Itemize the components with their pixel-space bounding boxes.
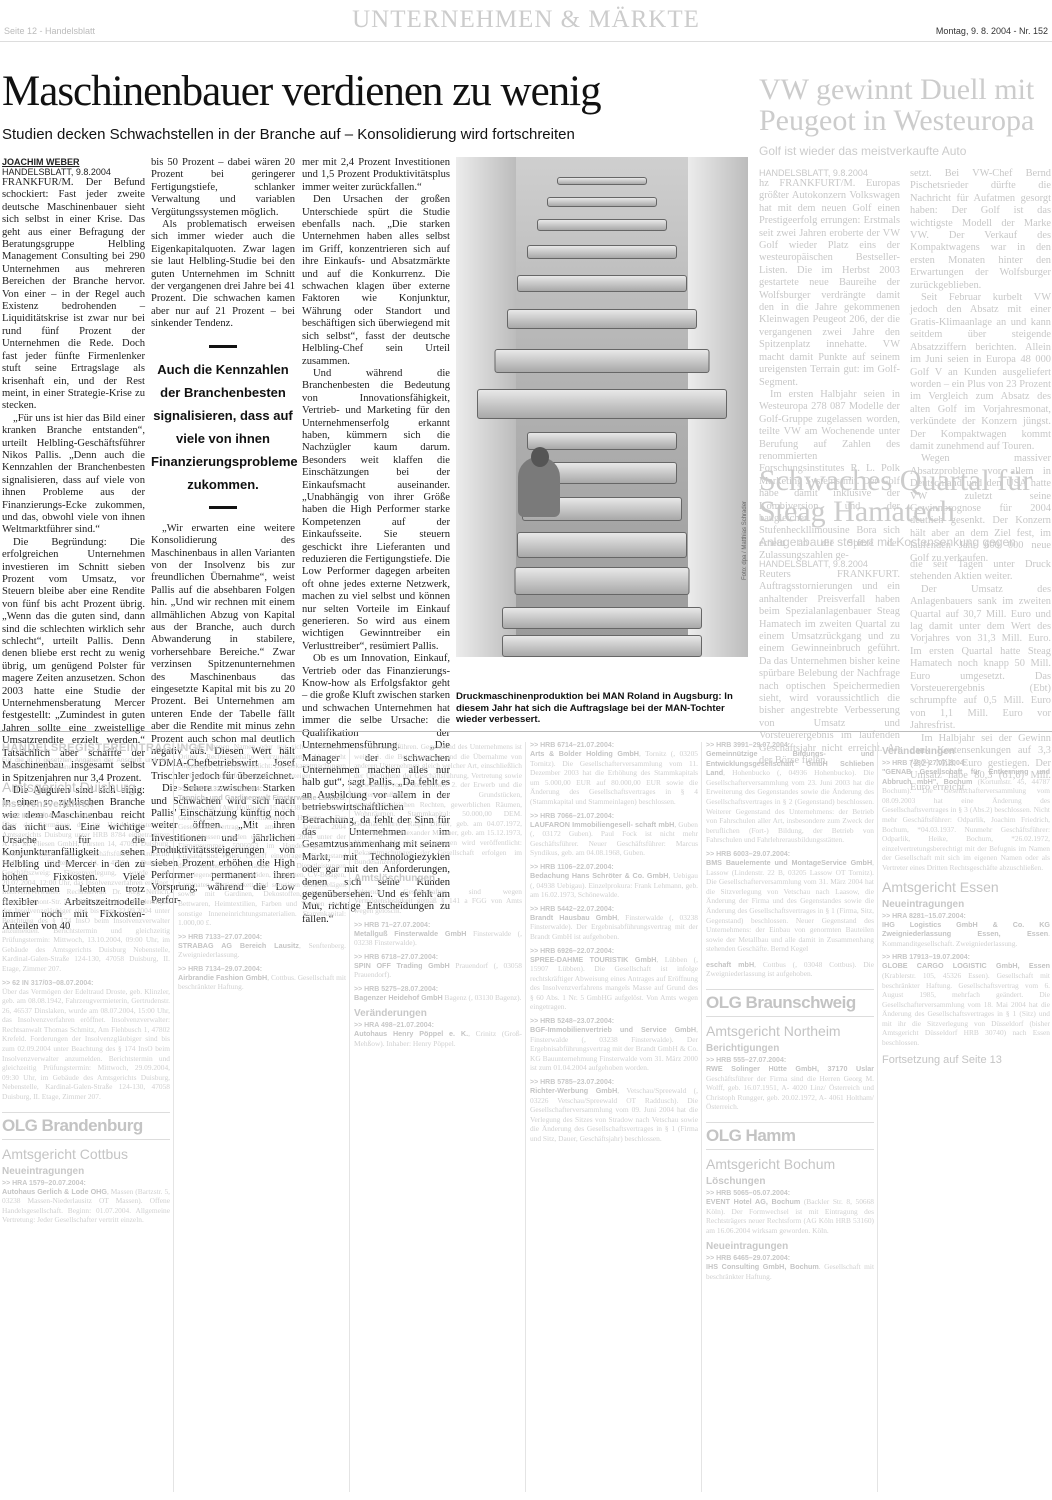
entry-text: Bagenz (, 03130 Bagenz). [443, 993, 522, 1002]
entry-id: >> HRB 5785–23.07.2004: [530, 1079, 698, 1086]
entry-id: >> HRB 6003–29.07.2004: [706, 851, 874, 858]
court-heading: Amtsgericht Northeim [706, 1023, 874, 1039]
paragraph: bis 50 Prozent – dabei wären 20 Prozent … [151, 157, 295, 219]
quote-rule-bottom [209, 506, 237, 509]
company-name: Airbrandie Fashion GmbH [178, 973, 267, 982]
entry-id: >> HRB 5065–05.07.2004: [706, 1190, 874, 1197]
section-title: UNTERNEHMEN & MÄRKTE [0, 6, 1052, 34]
category-heading: Neueintragungen [2, 1166, 170, 1177]
entry-id: >> HRB 555–27.07.2004: [706, 1057, 874, 1064]
paragraph: Den Ursachen der großen Unterschiede spü… [302, 194, 450, 368]
paragraph: Der Umsatz des Anlagenbauers sank im zwe… [910, 584, 1051, 733]
masthead: Seite 12 - Handelsblatt UNTERNEHMEN & MÄ… [0, 0, 1052, 42]
entry-id: >> HRB 7480–27.07.2004: [882, 760, 1050, 767]
register-entry: >> HRB 6718–27.07.2004:SPIN OFF Trading … [354, 954, 522, 980]
photo-roller [537, 219, 667, 231]
register-entry: >> HRB 7066–21.07.2004:LAUFARON Immobili… [530, 813, 698, 858]
company-name: Autohaus Gerlich & Lode OHG [2, 1187, 107, 1196]
company-name: Metallguß Finsterwalde GmbH [354, 929, 466, 938]
entry-text: Über das Vermögen der Edeltraud Droste, … [2, 987, 170, 1102]
column-rule [701, 742, 702, 1492]
quote-rule-top [209, 345, 237, 348]
category-heading: Veränderungen [354, 1008, 522, 1019]
company-name: IHG Logistics GmbH & Co. KG Zweigniederl… [882, 920, 1050, 939]
register-entry: >> HRB 3991–29.07.2004:Gemeinnützige Bil… [706, 742, 874, 845]
photo-roller [517, 532, 687, 558]
register-entry: ten oder durchführen. Gegenstand des Unt… [354, 742, 522, 867]
register-entry: >> HRB 7134–29.07.2004:Airbrandie Fashio… [178, 966, 346, 992]
entry-id: >> HRB 5275–28.07.2004: [354, 986, 522, 993]
court-heading: Amtsgericht Bochum [706, 1156, 874, 1172]
entry-text: Über das Vermögen der im Handelsregister… [2, 820, 170, 973]
company-name: RWE Solinger Hütte GmbH, 37170 Uslar [706, 1064, 874, 1073]
photo-caption: Druckmaschinenproduktion bei MAN Roland … [456, 691, 752, 726]
register-column-6: Veränderungen>> HRB 7480–27.07.2004:"GEN… [882, 742, 1050, 1066]
company-name: Richter-Werbung GmbH [530, 1086, 617, 1095]
register-note: Für die in () gesetzten Angaben der Ansc… [2, 757, 170, 771]
photo-roller [517, 275, 687, 292]
continuation-note: Fortsetzung auf Seite 13 [882, 1054, 1050, 1066]
category-heading: Neueintragungen [882, 899, 1050, 910]
register-entry: >> HRB 555–27.07.2004:RWE Solinger Hütte… [706, 1057, 874, 1112]
register-entry: >> HRB 7133–27.07.2004:STRABAG AG Bereic… [178, 934, 346, 960]
register-entry: >> HRB 5785–23.07.2004:Richter-Werbung G… [530, 1079, 698, 1144]
paragraph: Als problematisch erweisen sich immer wi… [151, 219, 295, 331]
register-entry: >> HRB 6714–21.07.2004:Arts & Bolder Hol… [530, 742, 698, 807]
company-name: EVENT Hotel AG, Bochum [706, 1197, 800, 1206]
register-entry: >> HRB 6926–22.07.2004:SPREE-DAHME TOURI… [530, 948, 698, 1013]
paragraph: Und während die Branchenbesten die Bedeu… [302, 368, 450, 653]
photo-roller [547, 197, 657, 207]
photo-roller [557, 177, 647, 185]
company-name: eschaft mbH [706, 960, 754, 969]
printing-press-photo [456, 157, 748, 657]
entry-text: Geschäftsführer der Firma sind die Herre… [706, 1074, 874, 1112]
olg-heading: OLG Brandenburg [2, 1112, 170, 1140]
register-entry: >> HRB 6003–29.07.2004:BMS Bauelemente u… [706, 851, 874, 954]
entry-id: >> HRB 71–27.07.2004: [354, 922, 522, 929]
entry-id: >> HRB 6714–21.07.2004: [530, 742, 698, 749]
register-entry: >> HRB 5065–05.07.2004:EVENT Hotel AG, B… [706, 1190, 874, 1235]
section-divider [0, 731, 1052, 732]
photo-roller [502, 635, 702, 657]
register-entry: >> HRA 498–21.07.2004:Autohaus Henry Pöp… [354, 1022, 522, 1048]
company-name: SPIN OFF Trading GmbH [354, 961, 450, 970]
entry-id: >> HRA 1579–20.07.2004: [2, 1180, 170, 1187]
category-heading: Amtslöschungen [354, 873, 522, 884]
company-name: Teppich- und Gardinenwelt Finsterwalde L… [178, 793, 344, 802]
register-entry: >> 62 IN 317/03–08.07.2004:Über das Verm… [2, 980, 170, 1102]
dateline: HANDELSBLATT, 9.8.2004 [2, 167, 145, 177]
register-entry: >> HRB 71–27.07.2004:Metallguß Finsterwa… [354, 922, 522, 948]
company-name: GLOBE CARGO LOGISTIC GmbH, Essen [882, 961, 1050, 970]
photo-roller [507, 309, 697, 329]
company-name: Bedachung Hans Schröter & Co. GmbH [530, 871, 668, 880]
register-entry: Folgende Gesellschaften sind wegen Vermö… [354, 887, 522, 916]
category-heading: Veränderungen [882, 746, 1050, 757]
olg-heading: OLG Hamm [706, 1122, 874, 1150]
paragraph: die seit Tagen unter Druck stehenden Akt… [910, 559, 1051, 584]
paragraph: Seit Februar kurbelt VW jedoch den Absat… [910, 292, 1051, 453]
column-rule [877, 742, 878, 1492]
register-entry: eschaft mbH, Cottbus (, 03048 Cottbus). … [706, 960, 874, 979]
company-name: Autohaus Henry Pöppel e. K. [354, 1029, 468, 1038]
entry-id: >> HRB 6465–29.07.2004: [706, 1255, 874, 1262]
register-title: HANDELSREGISTEREINTRAGUNGEN [2, 742, 170, 754]
register-column-4: >> HRB 6714–21.07.2004:Arts & Bolder Hol… [530, 742, 698, 1150]
register-entry: >> HRB 7132–22.07.2004:Teppich- und Gard… [178, 786, 346, 927]
entry-id: >> HRA 498–21.07.2004: [354, 1022, 522, 1029]
entry-id: >> HRB 6926–22.07.2004: [530, 948, 698, 955]
pull-quote: Auch die Kennzahlen der Branchenbesten s… [151, 345, 295, 509]
company-name: SPREE-DAHME TOURISTIK GmbH [530, 955, 656, 964]
entry-text: (Krablerstr. 105, 45326 Essen). Gesellsc… [882, 971, 1050, 1047]
register-entry: >> HRB 5275–28.07.2004:Bagenzer Heidehof… [354, 986, 522, 1003]
entry-id: >> 62 IN 317/03–08.07.2004: [2, 980, 170, 987]
entry-id: >> HRB 3991–29.07.2004: [706, 742, 874, 749]
entry-text: (Kortumstr. 45, 44787 Bochum). Die Gesel… [882, 777, 1050, 872]
register-entry: >> HRA 1579–20.07.2004:Autohaus Gerlich … [2, 1180, 170, 1225]
photo-roller [527, 245, 677, 259]
company-name: Brandt Hausbau GmbH [530, 913, 617, 922]
company-name: Bagenzer Heidehof GmbH [354, 993, 443, 1002]
company-name: BMS Bauelemente und MontageService GmbH [706, 858, 872, 867]
photo-roller [495, 349, 710, 373]
register-entry: >> HRB 7480–27.07.2004:"GENAB Gesellscha… [882, 760, 1050, 873]
entry-id: >> HRB 7132–22.07.2004: [178, 786, 346, 793]
photo-roller [527, 432, 677, 450]
dateline: HANDELSBLATT, 9.8.2004 [759, 168, 900, 178]
register-column-5: >> HRB 3991–29.07.2004:Gemeinnützige Bil… [706, 742, 874, 1288]
entry-id: >> HRB 1106–22.07.2004: [530, 864, 698, 871]
category-heading: Neueintragungen [706, 1241, 874, 1252]
column-rule [173, 742, 174, 1492]
entry-id: >> HRB 5442–22.07.2004: [530, 906, 698, 913]
entry-id: >> HRB 6718–27.07.2004: [354, 954, 522, 961]
entry-id: >> HRB 7133–27.07.2004: [178, 934, 346, 941]
court-heading: Amtsgericht Duisburg [2, 779, 170, 795]
paragraph: „Für uns ist hier das Bild einer kranken… [2, 413, 145, 537]
paragraph: mer mit 2,4 Prozent Investitionen und 1,… [302, 157, 450, 194]
entry-text: , Hohenbucko (, 04936 Hohenbucko). Die G… [706, 768, 874, 844]
register-entry: >> HRA 8281–15.07.2004:IHG Logistics Gmb… [882, 913, 1050, 949]
author-byline: JOACHIM WEBER [2, 157, 145, 167]
photo-roller [477, 389, 727, 419]
register-entry: >> HRB 17913–19.07.2004:GLOBE CARGO LOGI… [882, 954, 1050, 1047]
entry-text: , Lassow (Lindenstr. 22 B, 03205 Lassow … [706, 858, 874, 953]
company-name: BGF-Immobilienvertrieb und Service GmbH [530, 1025, 696, 1034]
entry-id: >> HRB 7066–21.07.2004: [530, 813, 698, 820]
pull-quote-text: Auch die Kennzahlen der Branchenbesten s… [151, 358, 295, 496]
register-entry: >> HRB 6465–29.07.2004:IHS Consulting Gm… [706, 1255, 874, 1281]
entry-id: >> HRA 8281–15.07.2004: [882, 913, 1050, 920]
entry-id: >> HRB 5248–23.07.2004: [530, 1018, 698, 1025]
paragraph: FRANKFUR/M. Der Befund schockiert: Fast … [2, 177, 145, 413]
register-column-1: HANDELSREGISTEREINTRAGUNGEN Für die in (… [2, 742, 170, 1231]
paragraph: setzt. Bei VW-Chef Bernd Pischetsrieder … [910, 168, 1051, 292]
register-entry: >> HRB 5442–22.07.2004:Brandt Hausbau Gm… [530, 906, 698, 942]
paragraph: Reuters FRANKFURT. Auftragsstornierungen… [759, 569, 900, 768]
company-name: STRABAG AG Bereich Lausitz [178, 941, 299, 950]
side-headline: VW gewinnt Duell mit Peugeot in Westeuro… [759, 74, 1051, 136]
company-name: IHS Consulting GmbH, Bochum [706, 1262, 819, 1271]
entry-text: sich im eigenen Namen oder mit sich als … [178, 742, 346, 780]
register-column-2: sich im eigenen Namen oder mit sich als … [178, 742, 346, 998]
entry-id: >> HRB 17913–19.07.2004: [882, 954, 1050, 961]
issue-date: Montag, 9. 8. 2004 - Nr. 152 [936, 26, 1048, 36]
category-heading: Löschungen [706, 1176, 874, 1187]
register-entry: >> HRB 5248–23.07.2004:BGF-Immobilienver… [530, 1018, 698, 1073]
side-subhead: Anlagenbauer steuert mit Kostensenkung g… [759, 535, 1051, 549]
side-headline: Schwaches Quartal für Steag Hamatech [759, 465, 1051, 527]
worker-head [531, 447, 549, 467]
dateline: HANDELSBLATT, 9.8.2004 [759, 559, 900, 569]
court-heading: Amtsgericht Cottbus [2, 1146, 170, 1162]
entry-id: >> 62 IN 133/04–20.07.2004: [2, 813, 170, 820]
entry-text: , Finsterwalde (Am Holländer 15, 03238 F… [178, 793, 346, 927]
column-rule [349, 742, 350, 1492]
company-name: Arts & Bolder Holding GmbH [530, 749, 639, 758]
photo-roller [515, 567, 690, 595]
main-subhead: Studien decken Schwachstellen in der Bra… [2, 126, 575, 143]
side-subhead: Golf ist wieder das meistverkaufte Auto [759, 144, 1051, 158]
entry-text: Folgende Gesellschaften sind wegen Vermö… [354, 887, 522, 915]
entry-text: ten oder durchführen. Gegenstand des Unt… [354, 742, 522, 866]
register-column-3: ten oder durchführen. Gegenstand des Unt… [354, 742, 522, 1055]
category-heading: Insolvenzverfahren [2, 799, 170, 810]
column-rule [525, 742, 526, 1492]
company-name: LAUFARON Immobiliengesell- schaft mbH [530, 820, 674, 829]
category-heading: Berichtigungen [706, 1043, 874, 1054]
court-heading: Amtsgericht Essen [882, 879, 1050, 895]
entry-id: >> HRB 7134–29.07.2004: [178, 966, 346, 973]
paragraph: hz FRANKFURT/M. Europas größter Autokonz… [759, 178, 900, 389]
register-entry: sich im eigenen Namen oder mit sich als … [178, 742, 346, 780]
photo-roller [502, 607, 702, 629]
main-headline: Maschinenbauer verdienen zu wenig [2, 70, 601, 113]
olg-heading: OLG Braunschweig [706, 989, 874, 1017]
register-entry: >> HRB 1106–22.07.2004:Bedachung Hans Sc… [530, 864, 698, 900]
register-entry: >> 62 IN 133/04–20.07.2004:Über das Verm… [2, 813, 170, 974]
photo-credit: Foto: dpa / Matthias Schrader [742, 501, 748, 580]
